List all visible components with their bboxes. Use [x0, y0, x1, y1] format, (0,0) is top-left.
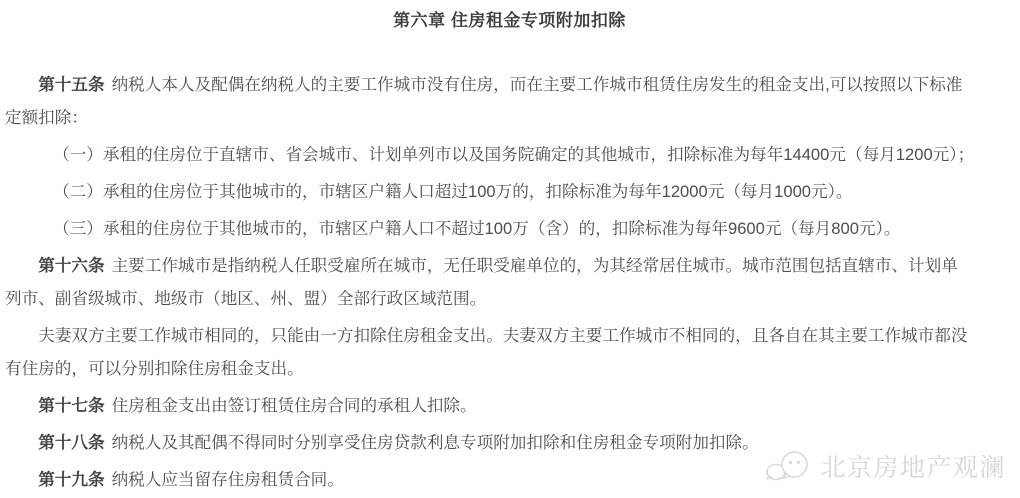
clause-text: 纳税人本人及配偶在纳税人的主要工作城市没有住房，而在主要工作城市租赁住房发生的租…	[5, 75, 962, 127]
clause-number: 第十九条	[38, 470, 104, 489]
clause-paragraph-17: 第十七条住房租金支出由签订租赁住房合同的承租人扣除。	[5, 389, 1014, 422]
clause-text: （二）承租的住房位于其他城市的，市辖区户籍人口超过100万的，扣除标准为每年12…	[53, 182, 852, 201]
clause-text: 主要工作城市是指纳税人任职受雇所在城市，无任职受雇单位的，为其经常居住城市。城市…	[5, 256, 958, 308]
clause-text: （三）承租的住房位于其他城市的，市辖区户籍人口不超过100万（含）的，扣除标准为…	[53, 219, 900, 238]
clause-paragraph-15: 第十五条纳税人本人及配偶在纳税人的主要工作城市没有住房，而在主要工作城市租赁住房…	[5, 68, 1014, 134]
clause-item-1: （一）承租的住房位于直辖市、省会城市、计划单列市以及国务院确定的其他城市，扣除标…	[5, 138, 1014, 171]
article-body: 第六章 住房租金专项附加扣除 第十五条纳税人本人及配偶在纳税人的主要工作城市没有…	[0, 0, 1020, 496]
clause-paragraph-16: 第十六条主要工作城市是指纳税人任职受雇所在城市，无任职受雇单位的，为其经常居住城…	[5, 249, 1014, 315]
clause-number: 第十五条	[38, 75, 104, 94]
chapter-title: 第六章 住房租金专项附加扣除	[5, 8, 1014, 34]
clause-number: 第十七条	[38, 396, 104, 415]
clause-paragraph-spouse: 夫妻双方主要工作城市相同的，只能由一方扣除住房租金支出。夫妻双方主要工作城市不相…	[5, 319, 1014, 385]
clause-text: 住房租金支出由签订租赁住房合同的承租人扣除。	[112, 396, 477, 415]
clause-paragraph-19: 第十九条纳税人应当留存住房租赁合同。	[5, 463, 1014, 496]
clause-paragraph-18: 第十八条纳税人及其配偶不得同时分别享受住房贷款利息专项附加扣除和住房租金专项附加…	[5, 426, 1014, 459]
clause-item-3: （三）承租的住房位于其他城市的，市辖区户籍人口不超过100万（含）的，扣除标准为…	[5, 212, 1014, 245]
clause-item-2: （二）承租的住房位于其他城市的，市辖区户籍人口超过100万的，扣除标准为每年12…	[5, 175, 1014, 208]
clause-text: （一）承租的住房位于直辖市、省会城市、计划单列市以及国务院确定的其他城市，扣除标…	[53, 145, 974, 164]
clause-text: 夫妻双方主要工作城市相同的，只能由一方扣除住房租金支出。夫妻双方主要工作城市不相…	[5, 326, 967, 378]
clause-text: 纳税人应当留存住房租赁合同。	[112, 470, 344, 489]
clause-number: 第十六条	[38, 256, 104, 275]
clause-number: 第十八条	[38, 433, 104, 452]
clause-text: 纳税人及其配偶不得同时分别享受住房贷款利息专项附加扣除和住房租金专项附加扣除。	[112, 433, 759, 452]
